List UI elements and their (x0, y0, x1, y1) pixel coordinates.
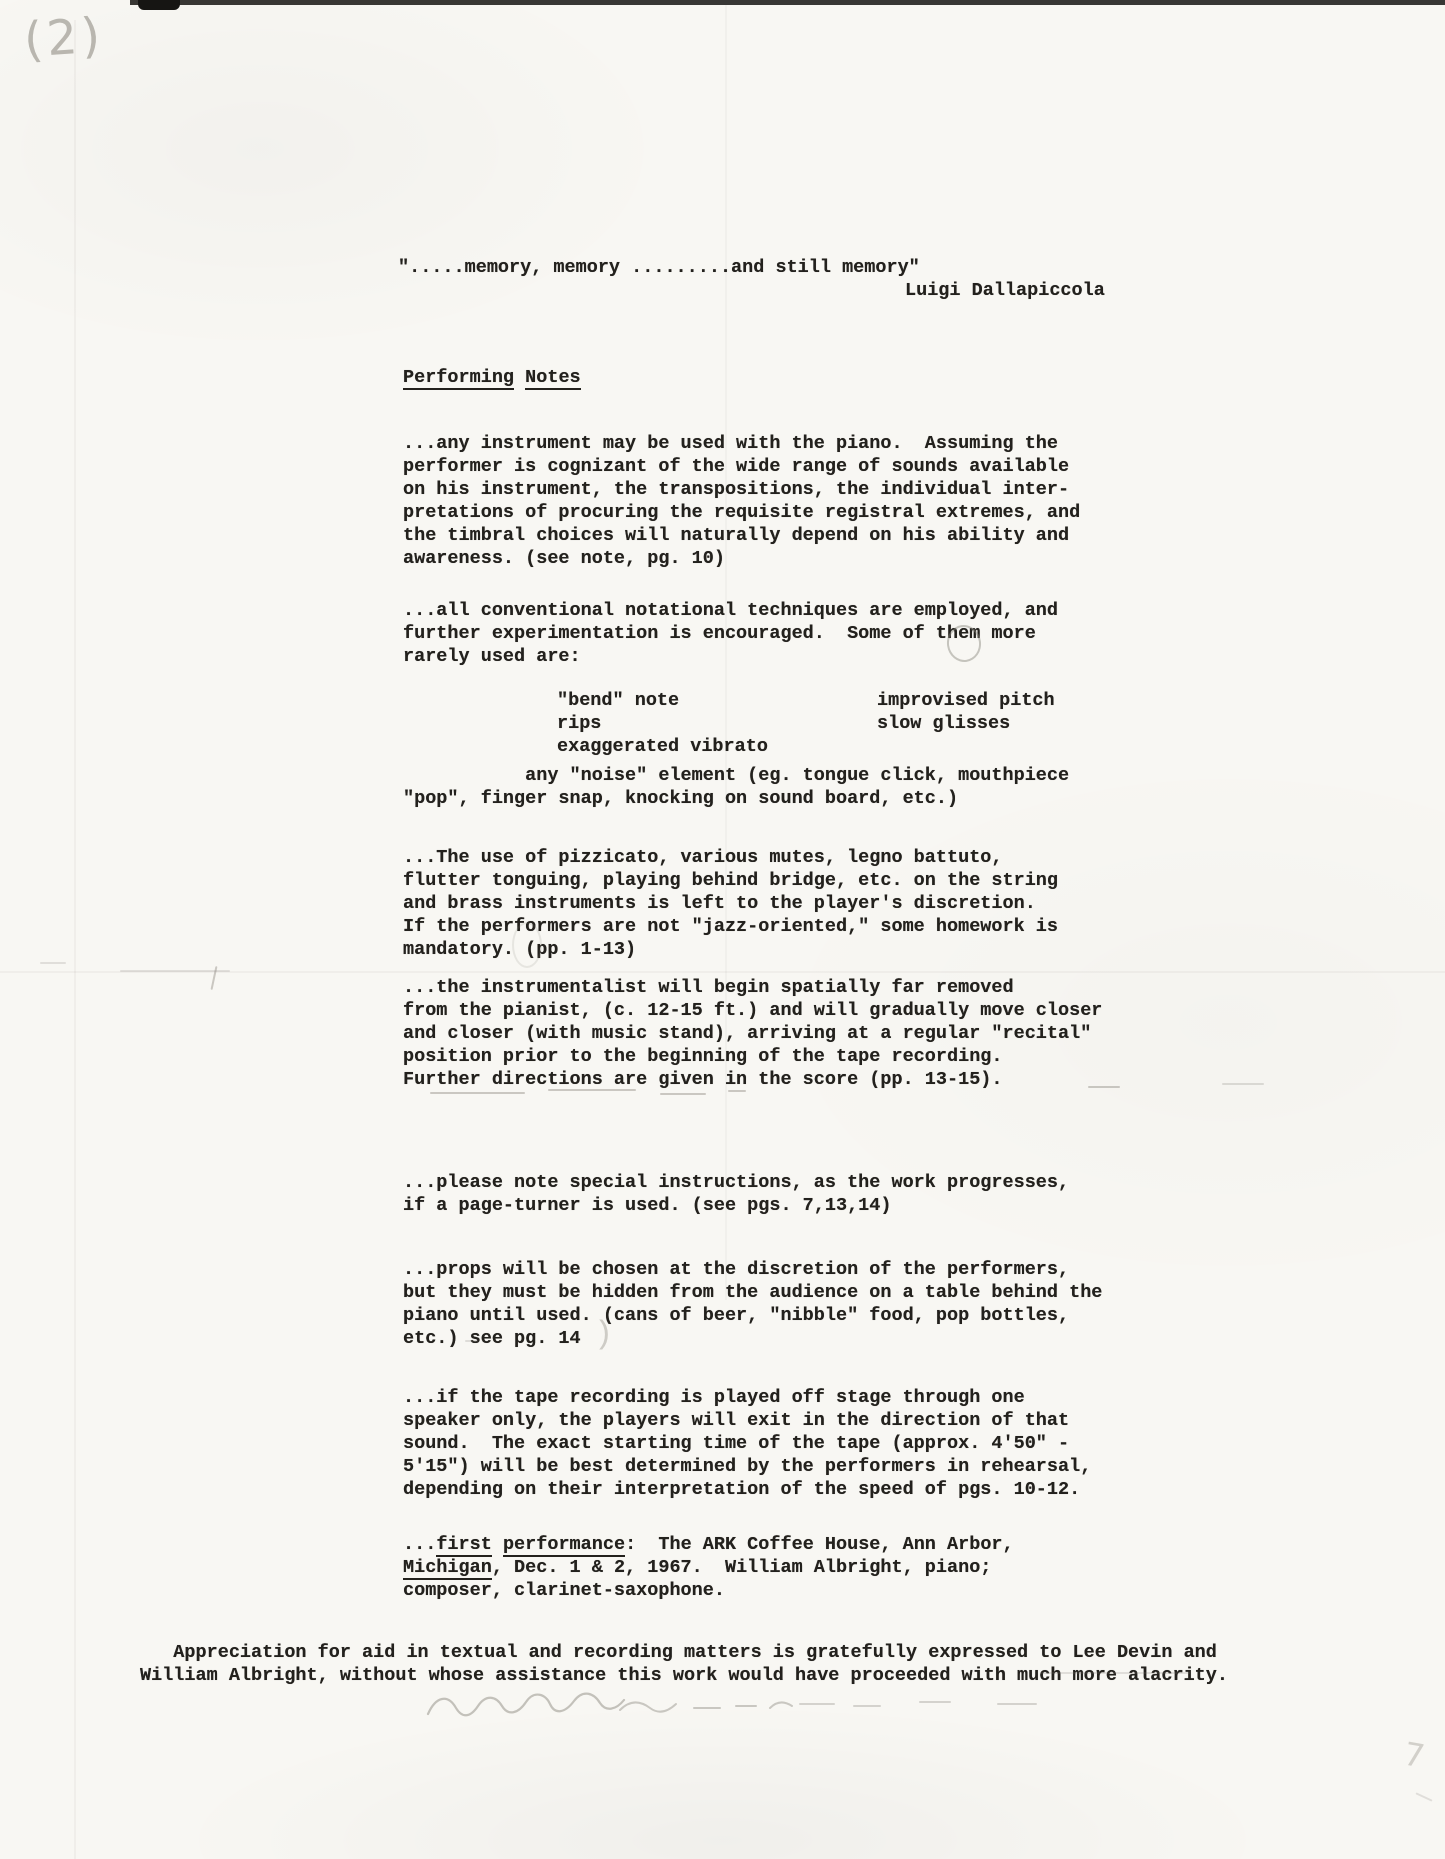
scribble-dashes (620, 1702, 792, 1711)
heading-word-performing: Performing (403, 367, 514, 390)
closing-acknowledgement: Appreciation for aid in textual and reco… (140, 1641, 1228, 1687)
fp-text2: , Dec. 1 & 2, 1967. William Albright, pi… (403, 1557, 991, 1601)
pencil-dash-3 (660, 1093, 706, 1095)
fp-prefix: ... (403, 1534, 436, 1555)
scribble-wave (428, 1694, 624, 1716)
techniques-list-right: improvised pitch slow glisses (877, 689, 1055, 735)
pencil-dash-2 (548, 1089, 636, 1091)
pencil-corner-mark: 7 (1401, 1735, 1428, 1776)
pencil-scribble (420, 1684, 1040, 1732)
pencil-page-number: (2) (22, 7, 106, 68)
fp-underlined-first: first (436, 1534, 492, 1557)
pencil-dash-left-edge (40, 962, 66, 964)
techniques-list-left: "bend" note rips exaggerated vibrato (557, 689, 768, 758)
pencil-dash-6 (1222, 1083, 1264, 1085)
epigraph-quote: ".....memory, memory .........and still … (398, 256, 920, 279)
paragraph-tape: ...if the tape recording is played off s… (403, 1386, 1091, 1501)
paragraph-page-turner: ...please note special instructions, as … (403, 1171, 1069, 1217)
scan-top-edge-blob (138, 0, 180, 10)
pencil-dash-5 (1088, 1086, 1120, 1088)
paragraph-spatial: ...the instrumentalist will begin spatia… (403, 976, 1102, 1091)
paper-edge-crease (74, 20, 76, 1859)
scan-top-edge (130, 0, 1445, 5)
section-heading: Performing Notes (403, 366, 581, 389)
paragraph-instruments: ...any instrument may be used with the p… (403, 432, 1080, 570)
heading-word-notes: Notes (525, 367, 581, 390)
scribble-underline (800, 1702, 1036, 1706)
pencil-oval-mandatory (512, 922, 542, 968)
pencil-dash-1 (430, 1092, 525, 1094)
fp-text1: : The ARK Coffee House, Ann Arbor, (625, 1534, 1014, 1555)
paragraph-first-performance: ...first performance: The ARK Coffee Hou… (403, 1533, 1014, 1602)
scanned-document-page: (2) ".....memory, memory .........and st… (0, 0, 1445, 1859)
fp-underlined-performance: performance (503, 1534, 625, 1557)
pencil-dash-after-etc (465, 1340, 478, 1342)
pencil-corner-tick (1415, 1792, 1432, 1801)
heading-space (514, 367, 525, 388)
epigraph-attribution: Luigi Dallapiccola (905, 279, 1105, 302)
pencil-strike-much-more (1040, 1672, 1190, 1674)
paragraph-props: ...props will be chosen at the discretio… (403, 1258, 1102, 1350)
pencil-dash-4 (728, 1090, 746, 1092)
paragraph-noise: any "noise" element (eg. tongue click, m… (403, 764, 1069, 810)
paragraph-pizzicato: ...The use of pizzicato, various mutes, … (403, 846, 1058, 961)
fp-space (492, 1534, 503, 1555)
fp-underlined-michigan: Michigan (403, 1557, 492, 1580)
pencil-ghost-paren: ) (594, 1316, 613, 1353)
